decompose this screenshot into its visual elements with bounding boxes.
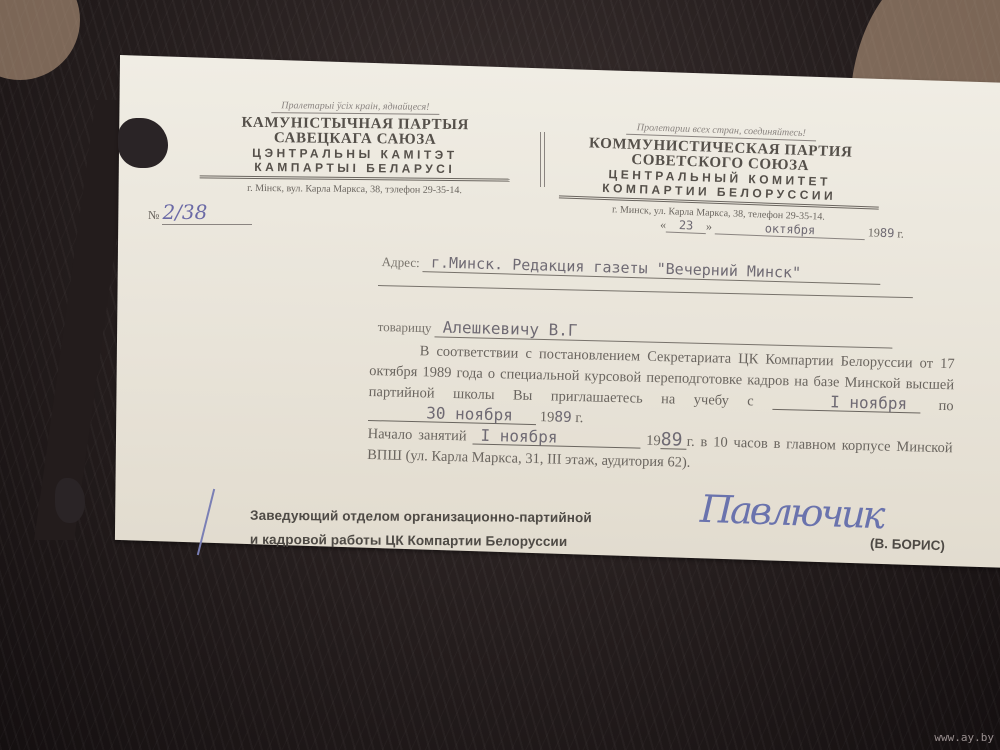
date-day: 23 (666, 218, 707, 235)
committee-name: КАМПАРТЫІ БЕЛАРУСІ (200, 159, 510, 176)
signatory-title-line: Заведующий отделом организационно-партий… (250, 504, 592, 530)
recipient-label: товарищу (378, 319, 432, 335)
signatory-title-line: и кадровой работы ЦК Компартии Белорусси… (250, 528, 592, 554)
reference-label: № (148, 208, 159, 222)
year-suffix: 89 (554, 410, 572, 426)
start-date: I ноября (472, 427, 640, 449)
study-to-date: 30 ноября (368, 403, 536, 425)
slogan: Пралетарыі ўсіх краін, яднайцеся! (271, 100, 439, 115)
start-year-prefix: 19 (646, 433, 661, 449)
study-from-date: I ноября (772, 392, 920, 414)
binding-string-bottom (55, 478, 85, 523)
start-year-suffix: 89 (661, 431, 687, 450)
year-label: г. (575, 410, 583, 426)
letterhead-belarusian: Пралетарыі ўсіх краін, яднайцеся! КАМУНІ… (199, 94, 510, 196)
handwritten-signature: Павлючик (699, 487, 883, 537)
address-label: Адрес: (382, 254, 420, 270)
header-divider (540, 132, 545, 187)
year-label: г. (897, 226, 904, 240)
to-label: по (938, 398, 953, 414)
start-label: Начало занятий (368, 426, 467, 444)
signer-name: (В. БОРИС) (870, 536, 945, 554)
watermark: www.ay.by (934, 731, 994, 744)
letter-body: В соответствии с постановлением Секретар… (367, 340, 955, 480)
binding-string-top (118, 118, 168, 168)
reference-number: № 2/38 (148, 200, 252, 225)
divider (200, 175, 510, 181)
date-year-suffix: 89 (880, 226, 895, 241)
reference-value: 2/38 (162, 200, 252, 225)
year-prefix: 19 (540, 409, 555, 425)
signatory-title: Заведующий отделом организационно-партий… (250, 504, 592, 554)
quote-mark: » (706, 219, 713, 233)
letterhead-russian: Пролетарии всех стран, соединяйтесь! КОМ… (558, 114, 881, 224)
date-year-prefix: 19 (868, 225, 881, 239)
